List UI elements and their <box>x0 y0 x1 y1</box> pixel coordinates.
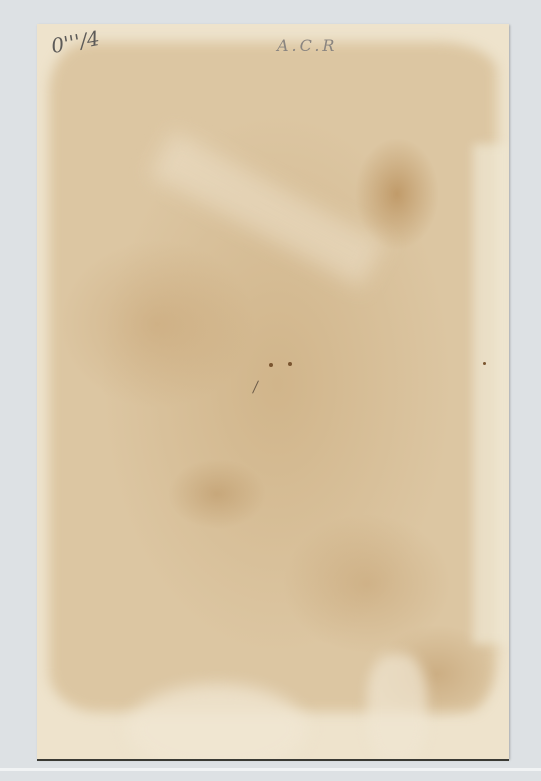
foxing-stains <box>37 24 509 759</box>
unstained-patch <box>367 654 427 759</box>
unstained-edge <box>473 144 509 644</box>
ink-spot <box>288 362 292 366</box>
ink-spot <box>269 363 273 367</box>
card-back: 0'''/4 A.C.R <box>37 24 509 759</box>
ink-spot <box>483 362 486 365</box>
sleeve-edge <box>0 768 541 771</box>
pencil-annotation-top: A.C.R <box>277 36 337 55</box>
